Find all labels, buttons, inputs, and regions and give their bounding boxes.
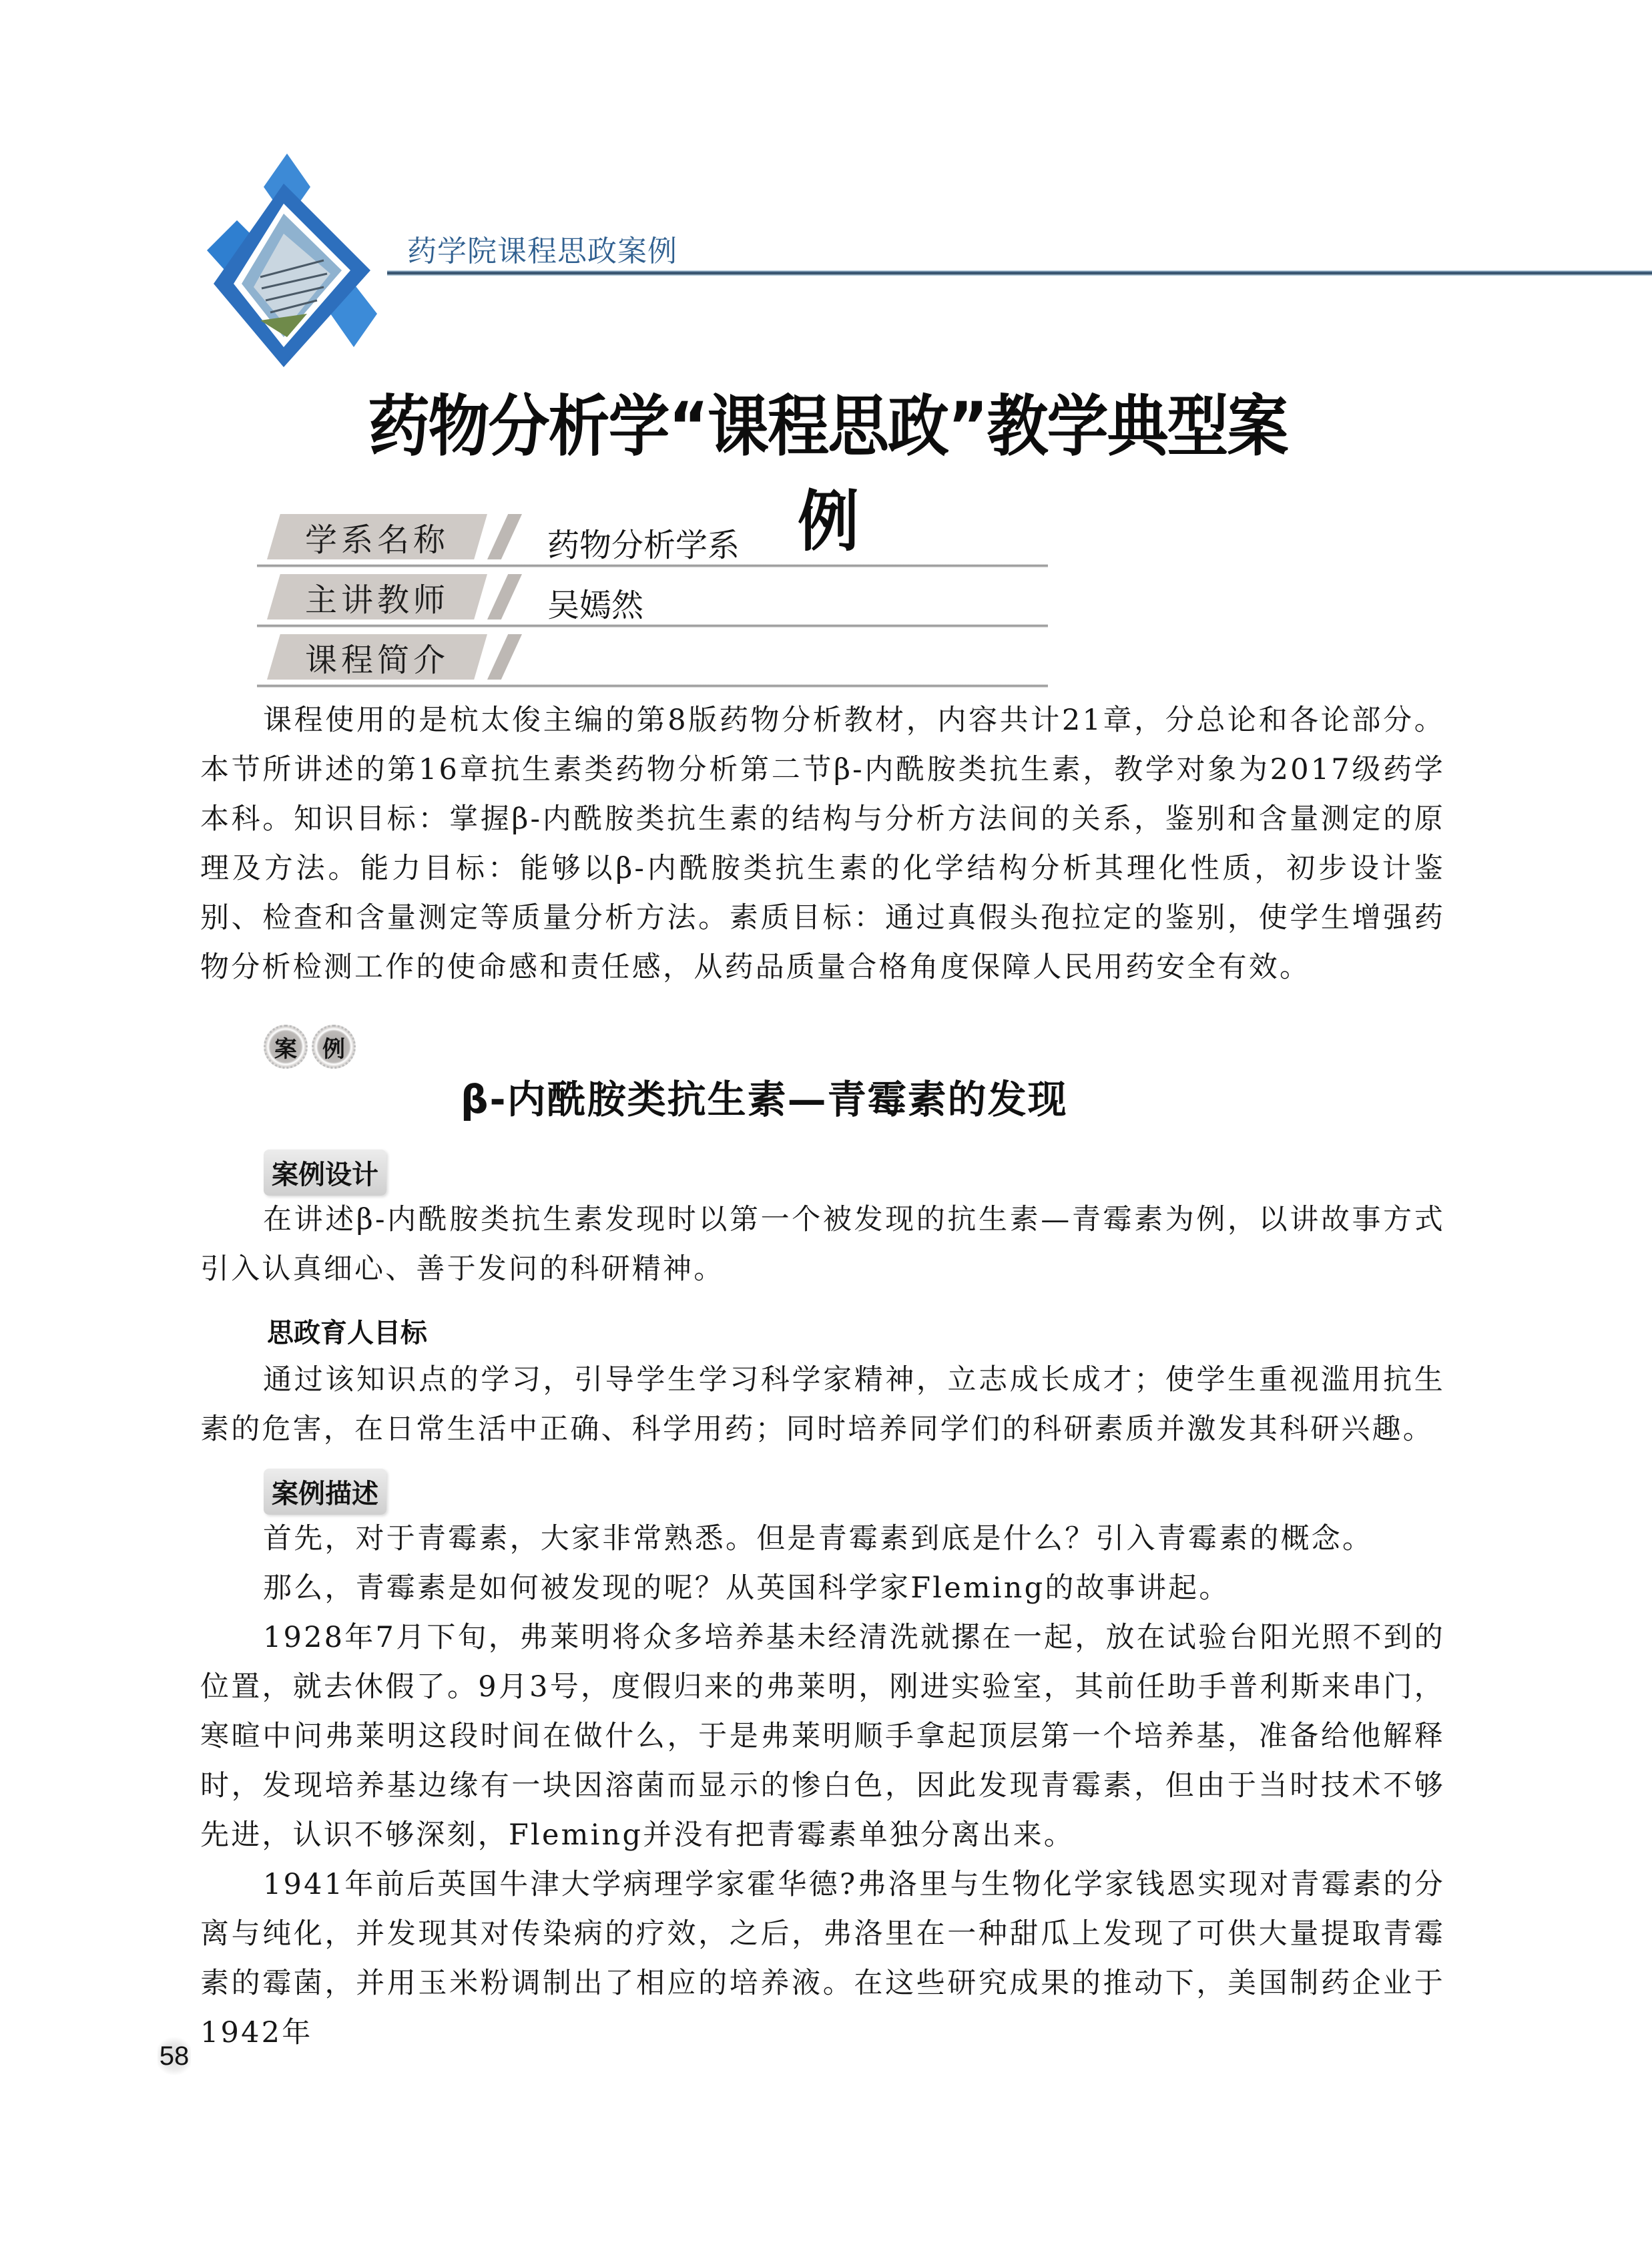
section-heading-design: 案例设计 [264, 1150, 386, 1196]
badge-char: 案 [264, 1025, 308, 1069]
case-badge: 案 例 [264, 1025, 356, 1069]
description-paragraph: 1941年前后英国牛津大学病理学家霍华德?弗洛里与生物化学家钱恩实现对青霉素的分… [200, 1860, 1445, 2057]
slash-decoration [487, 514, 522, 559]
case-title: β-内酰胺类抗生素—青霉素的发现 [461, 1068, 1068, 1124]
divider [257, 684, 1048, 688]
info-label: 主讲教师 [267, 574, 487, 619]
slash-decoration [487, 574, 522, 619]
design-paragraph: 在讲述β-内酰胺类抗生素发现时以第一个被发现的抗生素—青霉素为例，以讲故事方式引… [200, 1195, 1445, 1294]
goal-paragraph: 通过该知识点的学习，引导学生学习科学家精神，立志成长成才；使学生重视滥用抗生素的… [200, 1355, 1445, 1454]
course-info-table: 学系名称 药物分析学系 主讲教师 吴嫣然 课程简介 [257, 507, 1048, 688]
info-value: 药物分析学系 [547, 519, 740, 565]
page-number: 58 [158, 2036, 191, 2076]
info-label: 课程简介 [267, 634, 487, 680]
header-banner: 药学院课程思政案例 [187, 134, 1652, 374]
course-intro-paragraph: 课程使用的是杭太俊主编的第8版药物分析教材，内容共计21章，分总论和各论部分。本… [200, 696, 1445, 992]
description-paragraph: 那么，青霉素是如何被发现的呢？从英国科学家Fleming的故事讲起。 [200, 1563, 1445, 1613]
info-row-course-intro: 课程简介 [257, 628, 1048, 688]
series-title: 药学院课程思政案例 [407, 227, 677, 270]
section-heading-goal: 思政育人目标 [267, 1312, 427, 1350]
info-row-department: 学系名称 药物分析学系 [257, 507, 1048, 567]
info-row-teacher: 主讲教师 吴嫣然 [257, 567, 1048, 628]
info-value: 吴嫣然 [547, 579, 643, 626]
diamond-logo-icon [187, 134, 387, 374]
info-label: 学系名称 [267, 514, 487, 559]
badge-char: 例 [312, 1025, 356, 1069]
description-paragraph: 首先，对于青霉素，大家非常熟悉。但是青霉素到底是什么？引入青霉素的概念。 [200, 1514, 1445, 1563]
section-heading-description: 案例描述 [264, 1469, 386, 1515]
header-rule [387, 270, 1652, 276]
description-paragraph: 1928年7月下旬，弗莱明将众多培养基未经清洗就摞在一起，放在试验台阳光照不到的… [200, 1613, 1445, 1860]
slash-decoration [487, 634, 522, 680]
